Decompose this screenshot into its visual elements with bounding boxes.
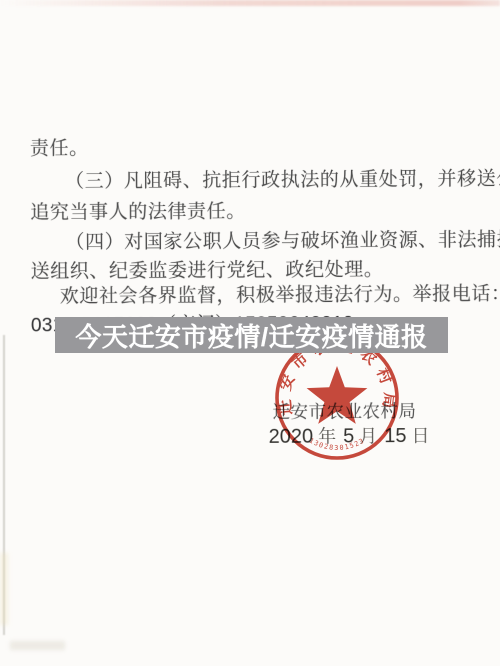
doc-line-report-hotline: 欢迎社会各界监督，积极举报违法行为。举报电话：（白天） bbox=[60, 283, 500, 307]
seal-code-holder: 13028301523 bbox=[308, 437, 366, 452]
seal-star-icon bbox=[307, 366, 368, 424]
doc-line-item-3: （三）凡阻碍、抗拒行政执法的从重处罚，并移送公安机关 bbox=[65, 168, 500, 192]
date-day-unit: 日 bbox=[411, 426, 429, 446]
watermark-banner-text: 今天迁安市疫情/迁安疫情通报 bbox=[75, 317, 427, 354]
doc-line-item-4: （四）对国家公职人员参与破坏渔业资源、非法捕捞的，报 bbox=[65, 229, 500, 253]
epidemic-watermark-banner: 今天迁安市疫情/迁安疫情通报 bbox=[55, 317, 448, 353]
doc-line: 送组织、纪委监委进行党纪、政纪处理。 bbox=[31, 259, 384, 282]
doc-line: 追究当事人的法律责任。 bbox=[30, 201, 246, 223]
scanned-notice-page: { "doc": { "lines": [ "责任。", "（三）凡阻碍、抗拒行… bbox=[0, 0, 500, 666]
doc-line: 责任。 bbox=[30, 138, 89, 159]
seal-code: 13028301523 bbox=[308, 437, 366, 452]
